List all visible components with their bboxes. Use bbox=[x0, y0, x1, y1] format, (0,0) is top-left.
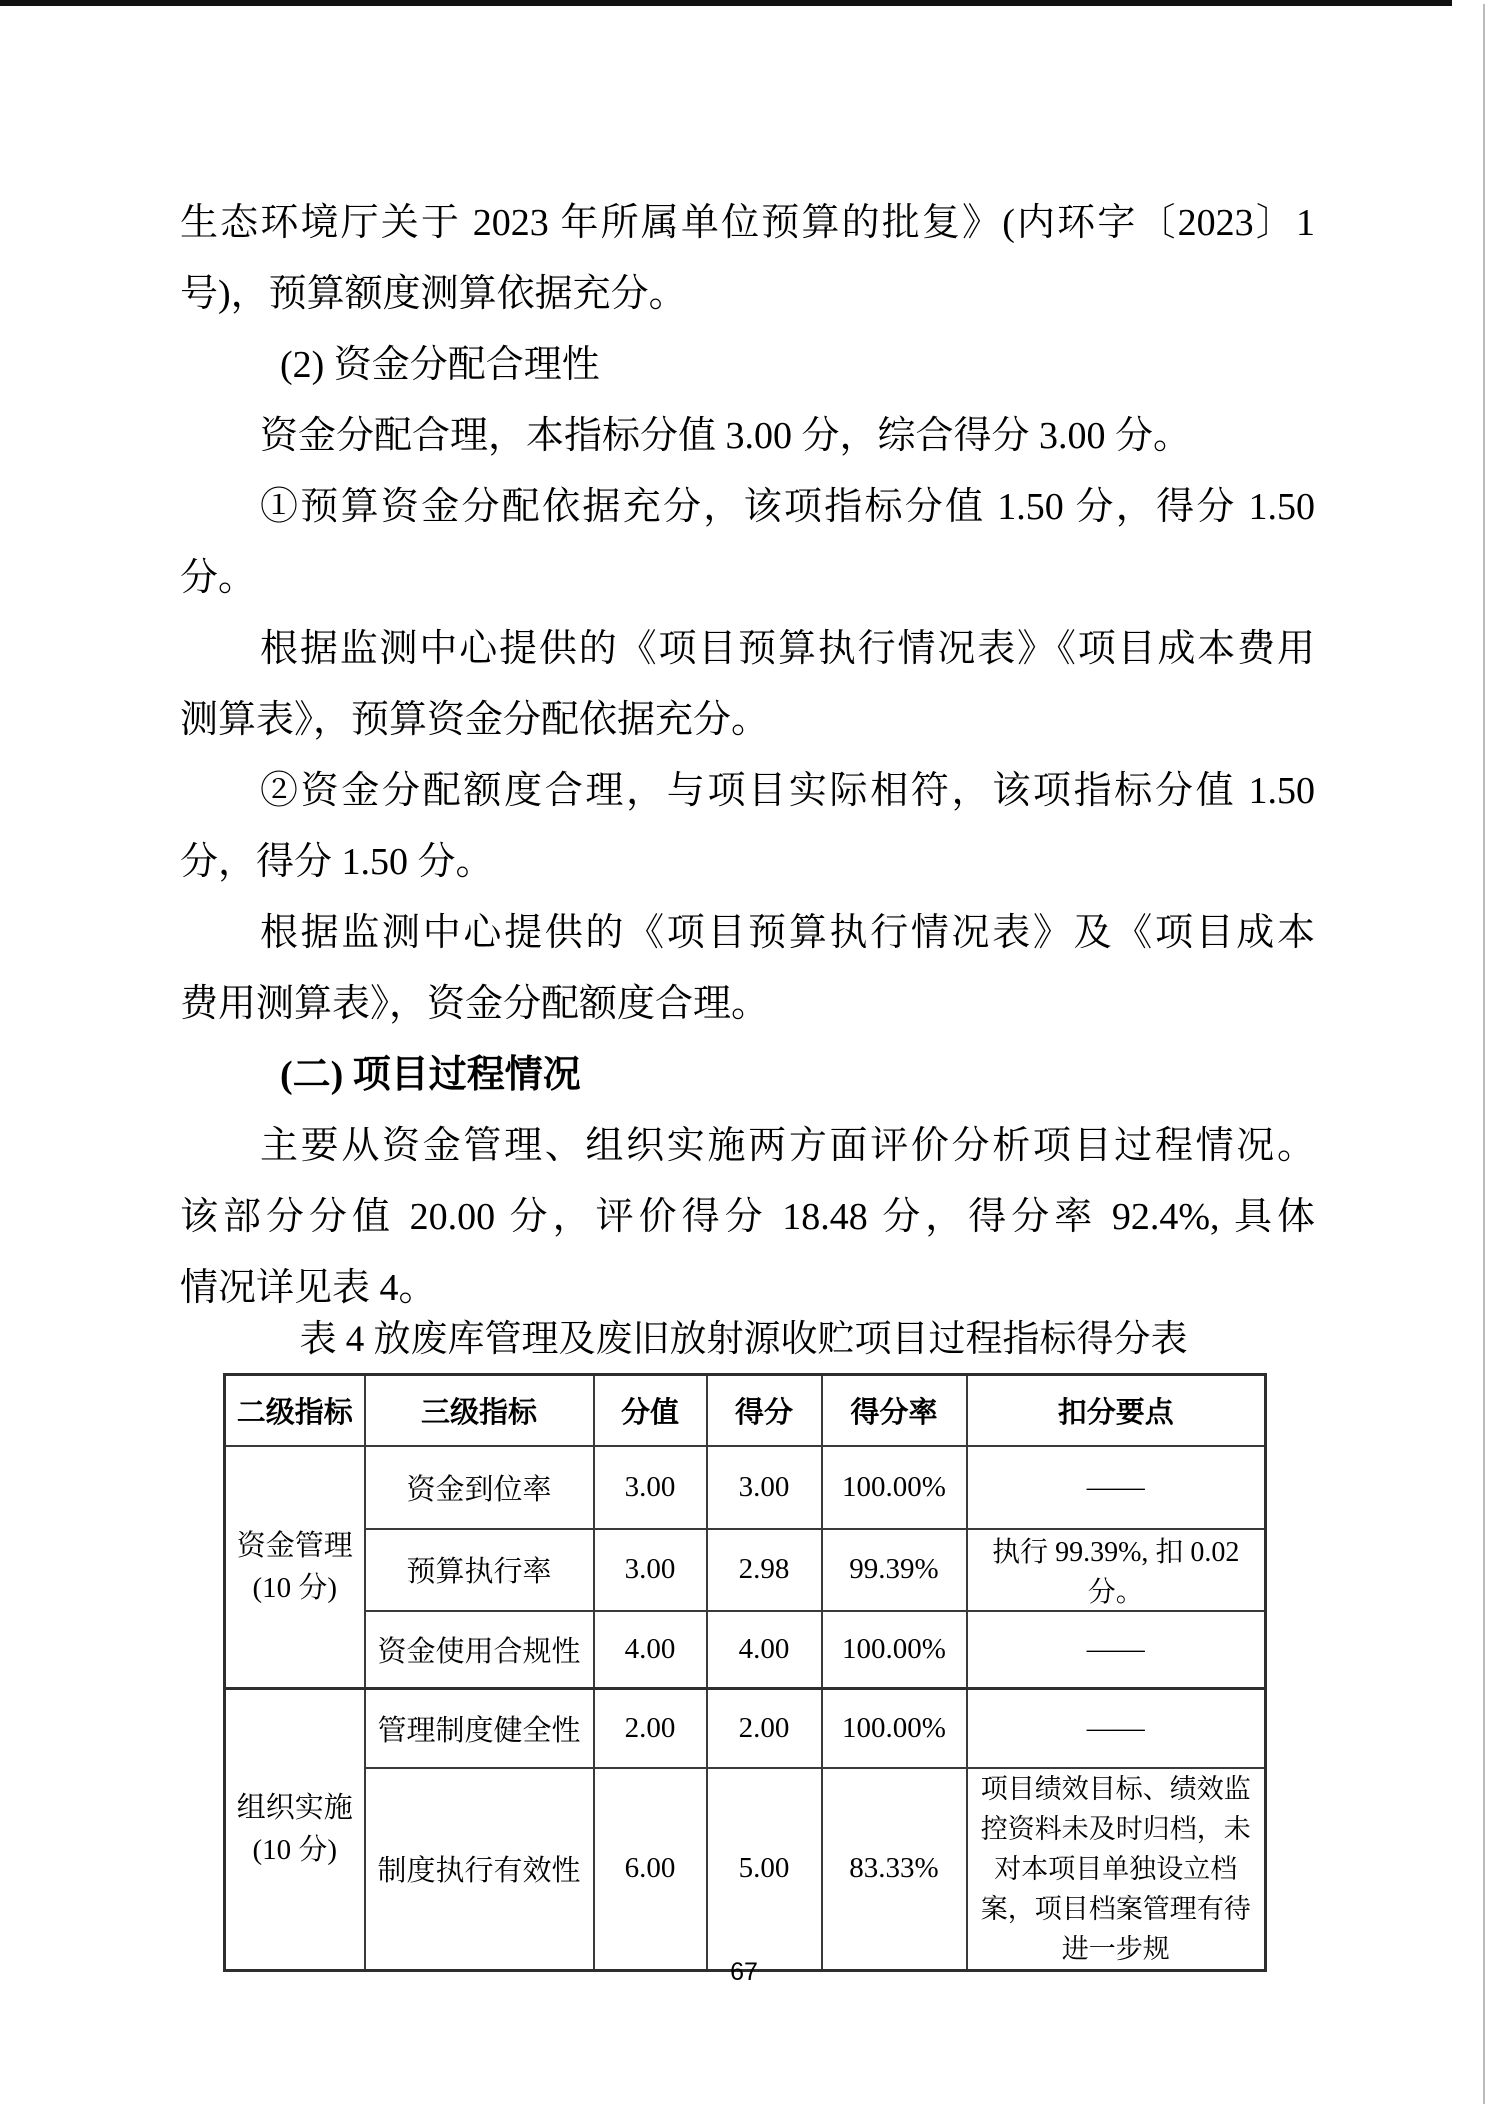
cell-deduction: —— bbox=[967, 1689, 1266, 1768]
cell-rate: 100.00% bbox=[822, 1689, 967, 1768]
body-line: 费用测算表》，资金分配额度合理。 bbox=[180, 969, 1315, 1040]
cell-score: 2.98 bbox=[707, 1529, 822, 1611]
cell-max-score: 2.00 bbox=[594, 1689, 707, 1768]
body-line: 资金分配合理，本指标分值 3.00 分，综合得分 3.00 分。 bbox=[180, 401, 1315, 472]
table-row: 预算执行率 3.00 2.98 99.39% 执行 99.39%, 扣 0.02… bbox=[225, 1529, 1266, 1611]
cell-score: 2.00 bbox=[707, 1689, 822, 1768]
group-label: (10 分) bbox=[228, 1829, 362, 1871]
section-heading: (二) 项目过程情况 bbox=[180, 1040, 1315, 1111]
header-max-score: 分值 bbox=[594, 1375, 707, 1446]
body-line: 情况详见表 4。 bbox=[180, 1253, 1315, 1324]
cell-max-score: 3.00 bbox=[594, 1529, 707, 1611]
body-line: 号)，预算额度测算依据充分。 bbox=[180, 259, 1315, 330]
scan-right-edge-line bbox=[1483, 4, 1485, 2104]
cell-deduction: 执行 99.39%, 扣 0.02 分。 bbox=[967, 1529, 1266, 1611]
process-score-table: 二级指标 三级指标 分值 得分 得分率 扣分要点 资金管理 (10 分) 资金到… bbox=[223, 1373, 1267, 1972]
cell-deduction: —— bbox=[967, 1611, 1266, 1689]
body-line: 生态环境厅关于 2023 年所属单位预算的批复》(内环字〔2023〕1 bbox=[180, 188, 1315, 259]
body-line: 根据监测中心提供的《项目预算执行情况表》及《项目成本 bbox=[180, 898, 1315, 969]
cell-score: 3.00 bbox=[707, 1446, 822, 1529]
scan-top-bar bbox=[0, 0, 1452, 6]
body-text: 生态环境厅关于 2023 年所属单位预算的批复》(内环字〔2023〕1 号)，预… bbox=[180, 188, 1315, 1324]
cell-deduction: 项目绩效目标、绩效监控资料未及时归档，未对本项目单独设立档案，项目档案管理有待进… bbox=[967, 1768, 1266, 1971]
table-row: 资金管理 (10 分) 资金到位率 3.00 3.00 100.00% —— bbox=[225, 1446, 1266, 1529]
cell-max-score: 4.00 bbox=[594, 1611, 707, 1689]
cell-indicator: 资金使用合规性 bbox=[365, 1611, 594, 1689]
group-label: 资金管理 bbox=[228, 1525, 362, 1567]
header-secondary-indicator: 二级指标 bbox=[225, 1375, 365, 1446]
cell-rate: 100.00% bbox=[822, 1611, 967, 1689]
table-caption: 表 4 放废库管理及废旧放射源收贮项目过程指标得分表 bbox=[223, 1316, 1264, 1364]
table-row: 制度执行有效性 6.00 5.00 83.33% 项目绩效目标、绩效监控资料未及… bbox=[225, 1768, 1266, 1971]
cell-rate: 83.33% bbox=[822, 1768, 967, 1971]
cell-indicator: 预算执行率 bbox=[365, 1529, 594, 1611]
cell-max-score: 6.00 bbox=[594, 1768, 707, 1971]
cell-score: 5.00 bbox=[707, 1768, 822, 1971]
cell-score: 4.00 bbox=[707, 1611, 822, 1689]
body-line: ①预算资金分配依据充分，该项指标分值 1.50 分，得分 1.50 bbox=[180, 472, 1315, 543]
table-header-row: 二级指标 三级指标 分值 得分 得分率 扣分要点 bbox=[225, 1375, 1266, 1446]
body-line: 该部分分值 20.00 分，评价得分 18.48 分，得分率 92.4%, 具体 bbox=[180, 1182, 1315, 1253]
header-tertiary-indicator: 三级指标 bbox=[365, 1375, 594, 1446]
cell-deduction: —— bbox=[967, 1446, 1266, 1529]
group-cell-fund-management: 资金管理 (10 分) bbox=[225, 1446, 365, 1689]
group-cell-organization: 组织实施 (10 分) bbox=[225, 1689, 365, 1971]
cell-rate: 99.39% bbox=[822, 1529, 967, 1611]
header-score-rate: 得分率 bbox=[822, 1375, 967, 1446]
header-deduction-points: 扣分要点 bbox=[967, 1375, 1266, 1446]
body-line: 测算表》，预算资金分配依据充分。 bbox=[180, 685, 1315, 756]
table-row: 组织实施 (10 分) 管理制度健全性 2.00 2.00 100.00% —— bbox=[225, 1689, 1266, 1768]
cell-max-score: 3.00 bbox=[594, 1446, 707, 1529]
cell-indicator: 资金到位率 bbox=[365, 1446, 594, 1529]
body-line: 主要从资金管理、组织实施两方面评价分析项目过程情况。 bbox=[180, 1111, 1315, 1182]
body-line: 分，得分 1.50 分。 bbox=[180, 827, 1315, 898]
group-label: 组织实施 bbox=[228, 1787, 362, 1829]
table-row: 资金使用合规性 4.00 4.00 100.00% —— bbox=[225, 1611, 1266, 1689]
body-line: ②资金分配额度合理，与项目实际相符，该项指标分值 1.50 bbox=[180, 756, 1315, 827]
body-line: 分。 bbox=[180, 543, 1315, 614]
cell-indicator: 管理制度健全性 bbox=[365, 1689, 594, 1768]
cell-rate: 100.00% bbox=[822, 1446, 967, 1529]
cell-indicator: 制度执行有效性 bbox=[365, 1768, 594, 1971]
body-line: 根据监测中心提供的《项目预算执行情况表》《项目成本费用 bbox=[180, 614, 1315, 685]
body-line: (2) 资金分配合理性 bbox=[180, 330, 1315, 401]
header-score: 得分 bbox=[707, 1375, 822, 1446]
document-page: 生态环境厅关于 2023 年所属单位预算的批复》(内环字〔2023〕1 号)，预… bbox=[0, 0, 1488, 2104]
group-label: (10 分) bbox=[228, 1567, 362, 1609]
page-number: 67 bbox=[0, 1958, 1488, 1987]
